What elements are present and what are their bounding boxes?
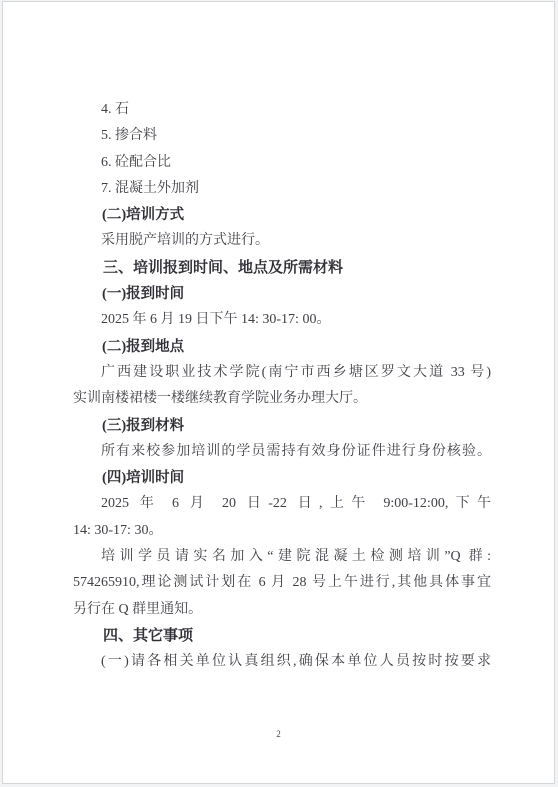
paragraph-line: 广西建设职业技术学院(南宁市西乡塘区罗文大道 33 号) [73,360,491,386]
section-heading: 三、培训报到时间、地点及所需材料 [73,255,491,281]
paragraph-line: 采用脱产培训的方式进行。 [73,228,491,254]
document-page: 4. 石5. 掺合料6. 砼配合比7. 混凝土外加剂(二)培训方式采用脱产培训的… [2,1,555,784]
paragraph-line: 2025 年 6 月 20 日-22 日,上午 9:00-12:00,下午 [73,491,491,517]
list-item: 4. 石 [73,97,491,123]
sub-heading: (三)报到材料 [73,413,491,439]
paragraph-line: 培训学员请实名加入“建院混凝土检测培训”Q 群: [73,544,491,570]
document-body: 4. 石5. 掺合料6. 砼配合比7. 混凝土外加剂(二)培训方式采用脱产培训的… [3,2,491,676]
document-viewer-canvas: 4. 石5. 掺合料6. 砼配合比7. 混凝土外加剂(二)培训方式采用脱产培训的… [0,0,558,787]
paragraph-line: 14: 30-17: 30。 [73,518,491,544]
list-item: 7. 混凝土外加剂 [73,176,491,202]
paragraph-line: 实训南楼裙楼一楼继续教育学院业务办理大厅。 [73,386,491,412]
sub-heading: (四)培训时间 [73,465,491,491]
paragraph-line: 所有来校参加培训的学员需持有效身份证件进行身份核验。 [73,439,491,465]
paragraph-line: (一)请各相关单位认真组织,确保本单位人员按时按要求 [73,649,491,675]
sub-heading: (一)报到时间 [73,281,491,307]
list-item: 5. 掺合料 [73,123,491,149]
sub-heading: (二)报到地点 [73,334,491,360]
paragraph-line: 2025 年 6 月 19 日下午 14: 30-17: 00。 [73,307,491,333]
page-number: 2 [3,729,554,739]
list-item: 6. 砼配合比 [73,150,491,176]
paragraph-line: 574265910,理论测试计划在 6 月 28 号上午进行,其他具体事宜 [73,570,491,596]
paragraph-line: 另行在 Q 群里通知。 [73,597,491,623]
sub-heading: (二)培训方式 [73,202,491,228]
section-heading: 四、其它事项 [73,623,491,649]
